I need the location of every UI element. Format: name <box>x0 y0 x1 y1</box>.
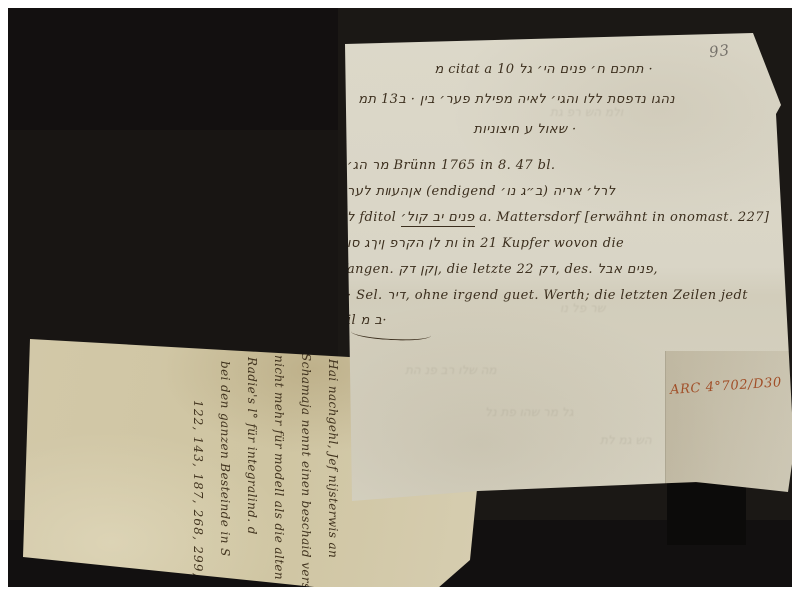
line-fragment: a. Mattersdorf [erwähnt in onomast. 227] <box>475 210 770 225</box>
main-note-paper: ולמ הש רפ גת שר פל נו מה שלו רב פנ הת גל… <box>345 33 792 501</box>
side-note-line: nicht mehr für modell als die alten <box>265 345 292 587</box>
ink-bleed-mark: מה שלו רב פנ הת <box>405 363 497 377</box>
line-fragment: ל fditol <box>347 210 401 225</box>
underline-flourish <box>351 325 432 342</box>
side-note-line: Schamaja nennt einen beschaid verst <box>292 345 319 587</box>
manuscript-line: מר הג׳ Brünn 1765 in 8. 47 bl. <box>347 157 555 174</box>
manuscript-line: אןהעװת לער (endigend ב״ג נו׳) לרל׳ אריה <box>347 183 616 200</box>
black-mat-background: ״ ן ־ י׳ Hai nachgehl, Jef nijsterwis an… <box>8 8 792 587</box>
side-note-line: bei den ganzen Besteinde in S <box>211 345 238 587</box>
ink-bleed-mark: גל מר שהו פת נל <box>485 405 574 419</box>
underlying-paper-tone <box>666 351 792 503</box>
background-shadow-patch <box>667 483 746 545</box>
page-number: 93 <box>708 41 731 61</box>
underlined-title: פנים יב קול׳ <box>401 210 475 227</box>
background-paper-layer <box>8 8 338 130</box>
manuscript-line: ות לן הקרפ ןיךג סו in 21 Kupfer wovon di… <box>347 235 624 252</box>
side-note-line: Hai nachgehl, Jef nijsterwis an <box>319 345 346 587</box>
manuscript-line: nfangen. ןקן דק, die letzte 22 דק, des. … <box>333 261 658 278</box>
manuscript-line: · Sel. דיר, ohne irgend guet. Werth; die… <box>347 287 748 304</box>
archival-photo: ״ ן ־ י׳ Hai nachgehl, Jef nijsterwis an… <box>0 0 800 595</box>
side-note-rotated-area: ״ ן ־ י׳ Hai nachgehl, Jef nijsterwis an… <box>158 345 373 587</box>
manuscript-line: · שאול ע חיצוניות <box>425 121 625 138</box>
page-refs-line: 122, 143, 187, 268, 299, 339 <box>184 345 211 587</box>
side-note-line: Radie's l° für integralind. d <box>238 345 265 587</box>
ink-bleed-mark: הש גמ לת <box>600 433 652 447</box>
side-note-rotated-text: ״ ן ־ י׳ Hai nachgehl, Jef nijsterwis an… <box>158 345 373 587</box>
paper-crease-line <box>665 351 666 499</box>
manuscript-line: ל fditol פנים יב קול׳ a. Mattersdorf [er… <box>347 209 769 226</box>
